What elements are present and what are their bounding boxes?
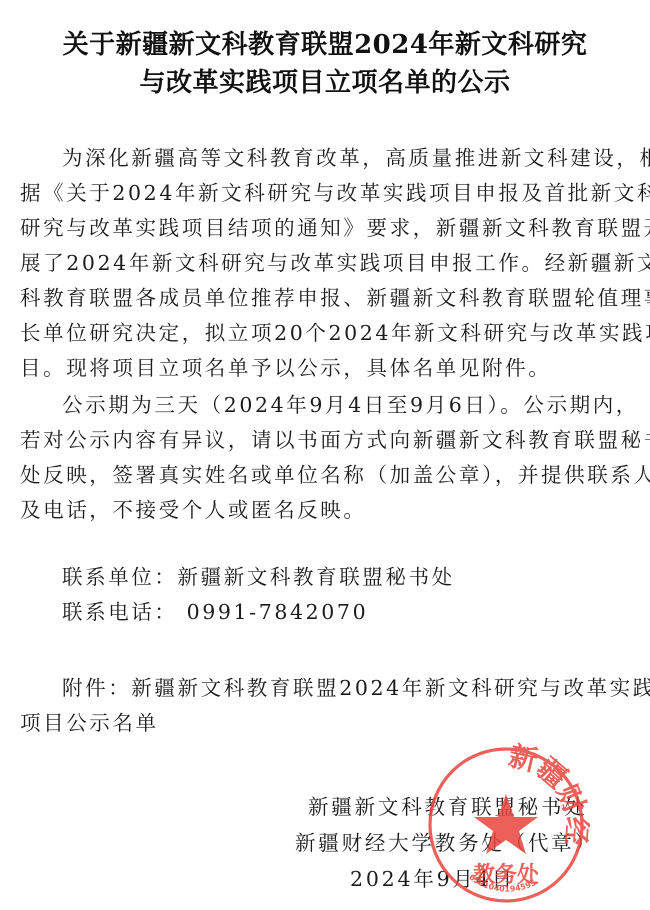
paragraph-2-line-3: 处反映，签署真实姓名或单位名称（加盖公章），并提供联系人 xyxy=(20,463,650,487)
signature-date: 2024年9月4日 xyxy=(350,862,515,892)
paragraph-1-line-2: 据《关于2024年新文科研究与改革实践项目申报及首批新文科 xyxy=(20,181,650,205)
contact-phone: 联系电话： 0991-7842070 xyxy=(62,600,368,624)
attachment-line-2: 项目公示名单 xyxy=(20,711,159,735)
document-title-line-2: 与改革实践项目立项名单的公示 xyxy=(0,62,650,99)
paragraph-1-line-7: 目。现将项目立项名单予以公示，具体名单见附件。 xyxy=(20,356,551,380)
signature-org-2: 新疆财经大学教务处（代章） xyxy=(295,826,598,856)
attachment-line-1: 附件：新疆新文科教育联盟2024年新文科研究与改革实践 xyxy=(62,676,650,700)
paragraph-1-line-4: 展了2024年新文科研究与改革实践项目申报工作。经新疆新文 xyxy=(20,251,650,275)
document-title-line-1: 关于新疆新文科教育联盟2024年新文科研究 xyxy=(0,24,650,61)
paragraph-1-line-1: 为深化新疆高等文科教育改革，高质量推进新文科建设，根 xyxy=(62,146,650,170)
paragraph-1-line-3: 研究与改革实践项目结项的通知》要求，新疆新文科教育联盟开 xyxy=(20,216,650,240)
paragraph-1-line-5: 科教育联盟各成员单位推荐申报、新疆新文科教育联盟轮值理事 xyxy=(20,286,650,310)
paragraph-2-line-4: 及电话，不接受个人或匿名反映。 xyxy=(20,498,367,522)
paragraph-2-line-1: 公示期为三天（2024年9月4日至9月6日）。公示期内， xyxy=(62,393,639,417)
signature-org-1: 新疆新文科教育联盟秘书处 xyxy=(308,790,588,820)
paragraph-1-line-6: 长单位研究决定，拟立项20个2024年新文科研究与改革实践项 xyxy=(20,321,650,345)
contact-unit: 联系单位：新疆新文科教育联盟秘书处 xyxy=(62,565,455,589)
paragraph-2-line-2: 若对公示内容有异议，请以书面方式向新疆新文科教育联盟秘书 xyxy=(20,428,650,452)
